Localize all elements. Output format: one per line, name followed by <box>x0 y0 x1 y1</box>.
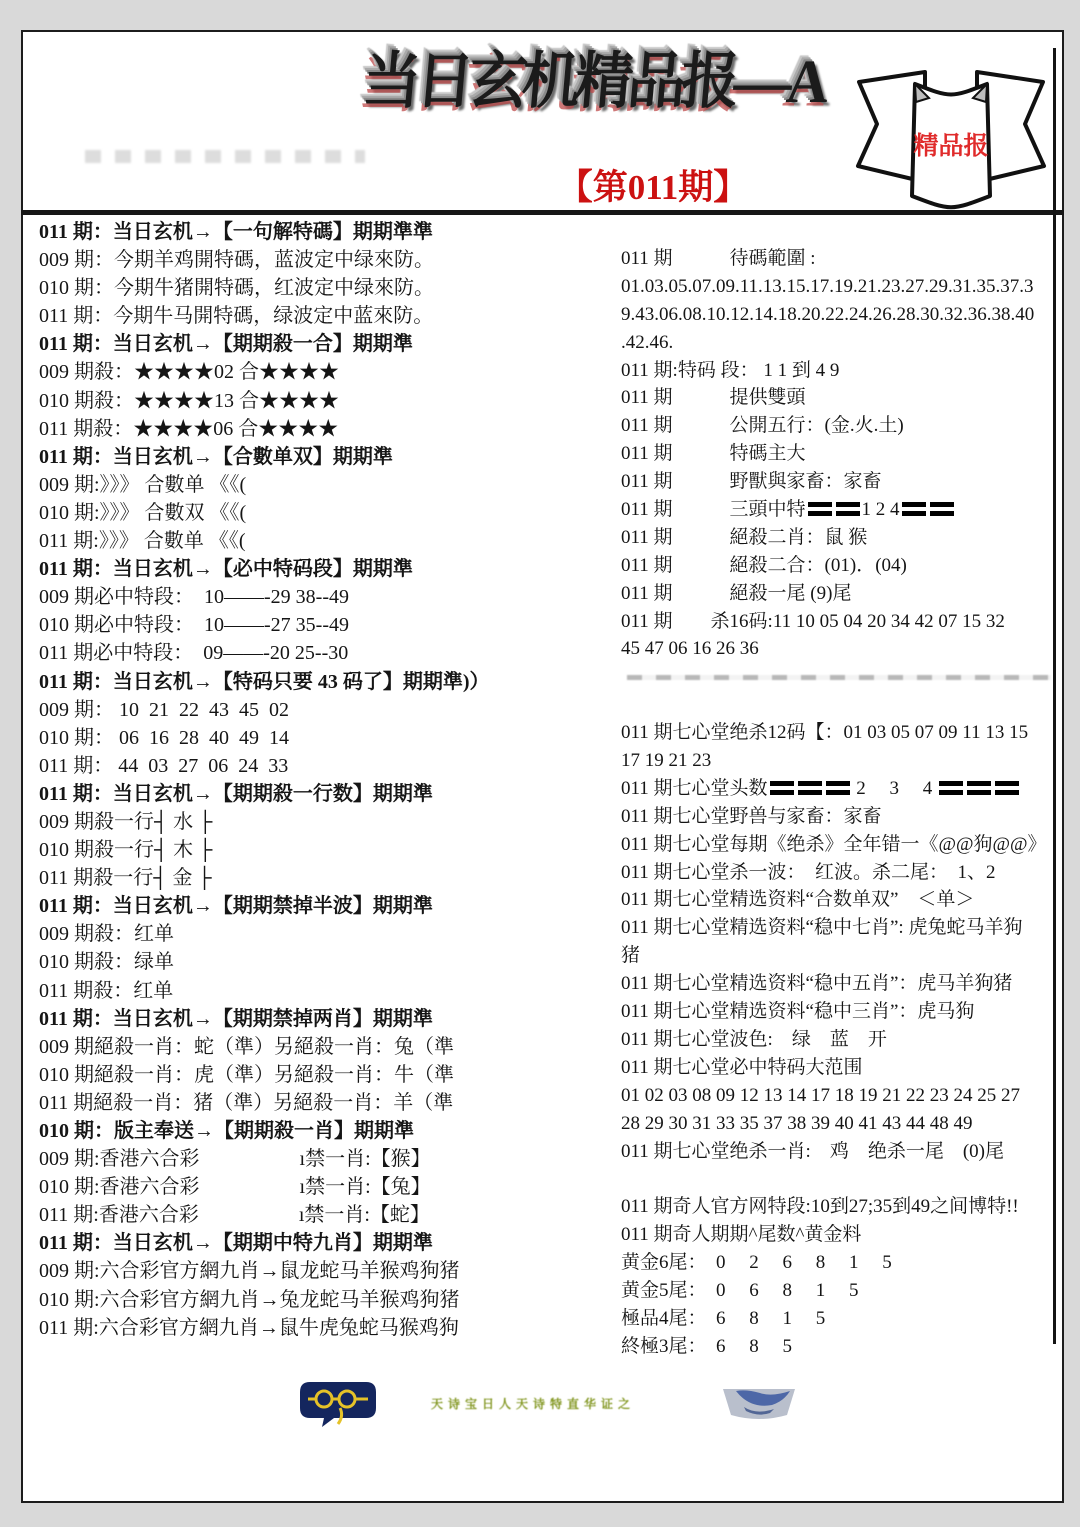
report-line: 011 期 三頭中特1 2 4 <box>621 496 1057 524</box>
report-line: 011 期七心堂头数 2 3 4 <box>621 775 1057 803</box>
report-line: 009 期殺：红单 <box>39 920 617 948</box>
report-line: 011 期 待碼範圍 : <box>621 245 1057 273</box>
report-line <box>621 663 1057 691</box>
report-line: 010 期：今期牛猪開特碼，红波定中绿來防。 <box>39 274 617 302</box>
report-line: 009 期:》》》 合數单 《《( <box>39 471 617 499</box>
heavy-bar-mark <box>798 781 822 795</box>
report-line: 28 29 30 31 33 35 37 38 39 40 41 43 44 4… <box>621 1110 1057 1138</box>
footer-left-logo-icon <box>300 1382 376 1428</box>
report-line: 010 期:香港六合彩 ı禁一肖:【兔】 <box>39 1173 617 1201</box>
report-line: 011 期:》》》 合數单 《《( <box>39 527 617 555</box>
header-divider <box>21 210 1064 215</box>
heavy-bar-mark <box>995 781 1019 795</box>
report-line: 009 期:六合彩官方網九肖→鼠龙蛇马羊猴鸡狗猪 <box>39 1257 617 1285</box>
report-line: 010 期:》》》 合數双 《《( <box>39 499 617 527</box>
report-line: 010 期:六合彩官方網九肖→兔龙蛇马羊猴鸡狗猪 <box>39 1286 617 1314</box>
report-line: 011 期七心堂杀一波： 红波。杀二尾： 1、2 <box>621 859 1057 887</box>
report-line: 011 期奇人期期^尾数^黄金料 <box>621 1221 1057 1249</box>
report-line: 011 期 絕殺一尾 (9)尾 <box>621 580 1057 608</box>
report-line: 011 期：当日玄机→【合數单双】期期準 <box>39 443 617 471</box>
report-line: 011 期 特碼主大 <box>621 440 1057 468</box>
report-line: 011 期：当日玄机→【特码只要 43 码了】期期準)） <box>39 668 617 696</box>
report-line: 011 期：当日玄机→【期期禁掉两肖】期期準 <box>39 1005 617 1033</box>
heavy-bar-mark <box>930 502 954 516</box>
report-line: .42.46. <box>621 329 1057 357</box>
ribbon-label: 精品报 <box>913 131 988 160</box>
report-line: 011 期七心堂波色: 绿 蓝 开 <box>621 1026 1057 1054</box>
report-line: 010 期： 06 16 28 40 49 14 <box>39 724 617 752</box>
report-line: 011 期七心堂精选资料“稳中三肖”：虎马狗 <box>621 998 1057 1026</box>
report-line: 009 期必中特段： 10——-29 38--49 <box>39 583 617 611</box>
report-page: 当日玄机精品报—A 【第011期】 精品报 011 期：当日玄机→【一句解特碼】… <box>21 30 1064 1503</box>
report-line: 011 期：今期牛马開特碼，绿波定中蓝來防。 <box>39 302 617 330</box>
report-line: 011 期七心堂绝杀一肖: 鸡 绝杀一尾 (0)尾 <box>621 1138 1057 1166</box>
report-line: 011 期:香港六合彩 ı禁一肖:【蛇】 <box>39 1201 617 1229</box>
report-line: 011 期 杀16码:11 10 05 04 20 34 42 07 15 32 <box>621 608 1057 636</box>
report-line: 009 期殺一行┤ 水 ├ <box>39 808 617 836</box>
heavy-bar-mark <box>902 502 926 516</box>
report-line: 011 期七心堂必中特码大范围 <box>621 1054 1057 1082</box>
report-line: 011 期七心堂每期《绝杀》全年错一《@@狗@@》 <box>621 831 1057 859</box>
report-line: 009 期： 10 21 22 43 45 02 <box>39 696 617 724</box>
report-line: 011 期七心堂野兽与家畜：家畜 <box>621 803 1057 831</box>
report-line: 終極3尾： 6 8 5 <box>621 1333 1057 1361</box>
scanned-lottery-report: { "colors":{"accent_red":"#cc1111","ribb… <box>0 0 1080 1527</box>
report-line: 45 47 06 16 26 36 <box>621 635 1057 663</box>
report-line: 009 期：今期羊鸡開特碼，蓝波定中绿來防。 <box>39 246 617 274</box>
report-line: 011 期：当日玄机→【一句解特碼】期期準準 <box>39 218 617 246</box>
report-line: 011 期殺：红单 <box>39 977 617 1005</box>
report-line: 011 期 絕殺二肖：鼠 猴 <box>621 524 1057 552</box>
report-line: 011 期： 44 03 27 06 24 33 <box>39 752 617 780</box>
report-line: 009 期:香港六合彩 ı禁一肖:【猴】 <box>39 1145 617 1173</box>
report-line: 011 期殺一行┤ 金 ├ <box>39 864 617 892</box>
report-line: 9.43.06.08.10.12.14.18.20.22.24.26.28.30… <box>621 301 1057 329</box>
report-line: 010 期絕殺一肖：虎（準）另絕殺一肖：牛（準 <box>39 1061 617 1089</box>
report-line: 009 期殺：★★★★02 合★★★★ <box>39 358 617 386</box>
report-line: 011 期七心堂精选资料“合数单双” ＜单＞ <box>621 886 1057 914</box>
report-line: 010 期殺一行┤ 木 ├ <box>39 836 617 864</box>
report-line: 011 期：当日玄机→【期期禁掉半波】期期準 <box>39 892 617 920</box>
heavy-bar-mark <box>939 781 963 795</box>
report-line: 011 期：当日玄机→【必中特码段】期期準 <box>39 555 617 583</box>
report-line: 011 期：当日玄机→【期期中特九肖】期期準 <box>39 1229 617 1257</box>
report-line: 011 期七心堂精选资料“稳中七肖”: 虎兔蛇马羊狗 <box>621 914 1057 942</box>
report-line: 01 02 03 08 09 12 13 14 17 18 19 21 22 2… <box>621 1082 1057 1110</box>
report-line: 黄金5尾： 0 6 8 1 5 <box>621 1277 1057 1305</box>
report-line: 011 期:特码 段： 1 1 到 4 9 <box>621 357 1057 385</box>
report-line: 010 期殺：★★★★13 合★★★★ <box>39 387 617 415</box>
report-line: 009 期絕殺一肖：蛇（準）另絕殺一肖：兔（準 <box>39 1033 617 1061</box>
report-line: 01.03.05.07.09.11.13.15.17.19.21.23.27.2… <box>621 273 1057 301</box>
heavy-bar-mark <box>770 781 794 795</box>
left-column: 011 期：当日玄机→【一句解特碼】期期準準009 期：今期羊鸡開特碼，蓝波定中… <box>39 218 617 1342</box>
report-line: 011 期:六合彩官方網九肖→鼠牛虎兔蛇马猴鸡狗 <box>39 1314 617 1342</box>
ribbon-banner-icon: 精品报 <box>853 54 1049 214</box>
report-line: 011 期：当日玄机→【期期殺一行数】期期準 <box>39 780 617 808</box>
report-line: 011 期 提供雙頭 <box>621 384 1057 412</box>
report-line: 010 期必中特段： 10——-27 35--49 <box>39 611 617 639</box>
report-line <box>621 691 1057 719</box>
report-line: 011 期：当日玄机→【期期殺一合】期期準 <box>39 330 617 358</box>
report-line: 011 期必中特段： 09——-20 25--30 <box>39 639 617 667</box>
report-line: 010 期：版主奉送→【期期殺一肖】期期準 <box>39 1117 617 1145</box>
report-line <box>621 1165 1057 1193</box>
report-line: 17 19 21 23 <box>621 747 1057 775</box>
report-line: 011 期奇人官方网特段:10到27;35到49之间博特!! <box>621 1193 1057 1221</box>
report-line: 極品4尾： 6 8 1 5 <box>621 1305 1057 1333</box>
faded-watermark-text <box>85 150 365 163</box>
right-column: 011 期 待碼範圍 :01.03.05.07.09.11.13.15.17.1… <box>621 245 1057 1361</box>
report-line: 011 期 野獸與家畜：家畜 <box>621 468 1057 496</box>
report-line: 黄金6尾： 0 2 6 8 1 5 <box>621 1249 1057 1277</box>
report-line: 010 期殺：绿单 <box>39 948 617 976</box>
report-line: 011 期殺：★★★★06 合★★★★ <box>39 415 617 443</box>
heavy-bar-mark <box>967 781 991 795</box>
footer-right-logo-icon <box>720 1383 798 1423</box>
heavy-bar-mark <box>826 781 850 795</box>
report-line: 011 期七心堂绝杀12码【：01 03 05 07 09 11 13 15 <box>621 719 1057 747</box>
heavy-bar-mark <box>808 502 832 516</box>
report-line: 011 期 公開五行：(金.火.土) <box>621 412 1057 440</box>
report-line: 011 期七心堂精选资料“稳中五肖”：虎马羊狗猪 <box>621 970 1057 998</box>
masthead-title: 当日玄机精品报—A <box>360 42 907 122</box>
issue-number: 【第011期】 <box>528 160 778 210</box>
footer-green-text: 天诗宝日人天诗特直华证之 <box>431 1395 681 1412</box>
report-line: 011 期絕殺一肖：猪（準）另絕殺一肖：羊（準 <box>39 1089 617 1117</box>
report-line: 011 期 絕殺二合：(01)．(04) <box>621 552 1057 580</box>
heavy-bar-mark <box>836 502 860 516</box>
report-line: 猪 <box>621 942 1057 970</box>
